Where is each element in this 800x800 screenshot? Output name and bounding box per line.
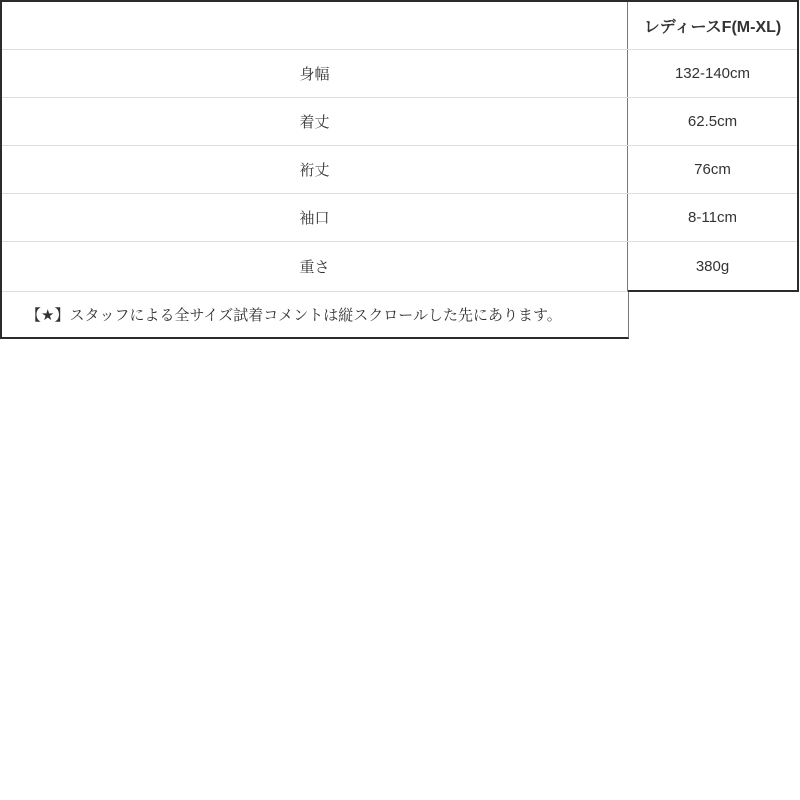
row-label-weight: 重さ — [2, 242, 628, 292]
row-label-length: 着丈 — [2, 98, 628, 145]
row-value-cuff: 8-11cm — [628, 194, 797, 241]
table-row: 袖口 8-11cm — [2, 194, 797, 242]
table-row: 裄丈 76cm — [2, 146, 797, 194]
row-label-cuff: 袖口 — [2, 194, 628, 241]
size-table-grid: レディースF(M-XL) 身幅 132-140cm 着丈 62.5cm 裄丈 7… — [0, 0, 799, 292]
row-label-sleeve-length: 裄丈 — [2, 146, 628, 193]
header-size-cell: レディースF(M-XL) — [628, 2, 797, 49]
row-value-sleeve-length: 76cm — [628, 146, 797, 193]
row-value-body-width: 132-140cm — [628, 50, 797, 97]
table-row: 着丈 62.5cm — [2, 98, 797, 146]
size-spec-table: レディースF(M-XL) 身幅 132-140cm 着丈 62.5cm 裄丈 7… — [0, 0, 799, 339]
row-value-length: 62.5cm — [628, 98, 797, 145]
table-header-row: レディースF(M-XL) — [2, 2, 797, 50]
table-row: 身幅 132-140cm — [2, 50, 797, 98]
row-label-body-width: 身幅 — [2, 50, 628, 97]
note-text: 【★】スタッフによる全サイズ試着コメントは縦スクロールした先にあります。 — [26, 304, 562, 325]
row-value-weight: 380g — [628, 242, 797, 292]
header-label-cell — [2, 2, 628, 49]
staff-comment-note: 【★】スタッフによる全サイズ試着コメントは縦スクロールした先にあります。 — [0, 292, 629, 339]
table-row: 重さ 380g — [2, 242, 797, 292]
page-canvas: レディースF(M-XL) 身幅 132-140cm 着丈 62.5cm 裄丈 7… — [0, 0, 800, 800]
